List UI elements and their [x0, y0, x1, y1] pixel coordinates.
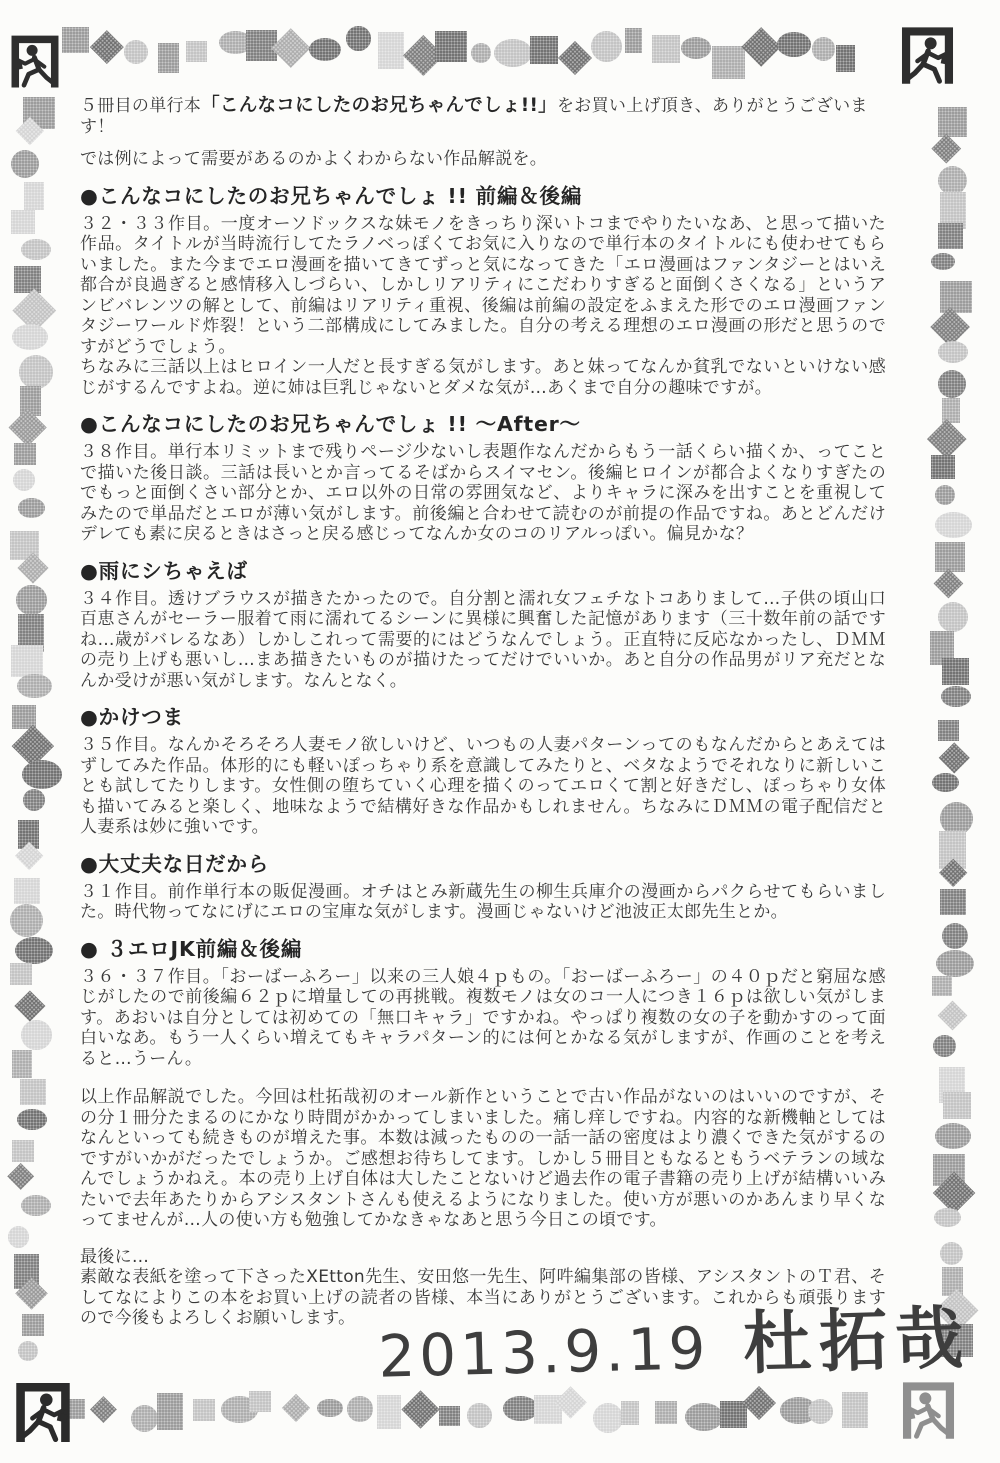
border-shape-circle: [940, 1242, 963, 1265]
exit-running-man-icon: [897, 1378, 960, 1444]
border-shape-square: [935, 542, 965, 572]
border-shape-ellipse: [21, 1195, 51, 1217]
border-shape-square: [435, 31, 466, 62]
border-shape-square: [439, 1406, 460, 1427]
border-shape-circle: [347, 1396, 373, 1422]
section-heading: ●こんなコにしたのお兄ちゃんでしょ !! ～After～: [80, 412, 886, 437]
border-shape-ellipse: [17, 674, 51, 699]
border-shape-ellipse: [21, 239, 51, 261]
border-shape-tall-square: [378, 32, 405, 70]
signature-date: 2013.9.19: [377, 1314, 710, 1391]
section-body: ３８作目。単行本リミットまで残りページ少ないし表題作なんだからもう一話くらい描く…: [80, 442, 886, 545]
border-shape-diamond: [15, 991, 46, 1022]
border-shape-circle: [346, 26, 370, 50]
border-shape-square: [186, 41, 207, 62]
border-shape-circle: [812, 37, 836, 61]
border-shape-ellipse: [18, 498, 45, 518]
border-shape-circle: [591, 31, 622, 62]
border-shape-square: [938, 223, 963, 248]
border-shape-ellipse: [777, 32, 811, 57]
border-shape-tall-square: [158, 43, 180, 73]
border-shape-tall-square: [377, 1395, 401, 1429]
border-shape-diamond: [741, 28, 781, 68]
border-shape-tall-square: [157, 1393, 183, 1430]
border-shape-ellipse: [309, 38, 341, 61]
border-shape-circle: [16, 585, 46, 615]
border-shape-ellipse: [494, 39, 532, 66]
border-shape-square: [655, 1401, 677, 1423]
border-shape-ellipse: [935, 1123, 971, 1149]
border-shape-diamond: [558, 41, 592, 75]
border-shape-square: [938, 720, 959, 741]
afterword-text: ５冊目の単行本「こんなコにしたのお兄ちゃんでしょ!!」をお買い上げ頂き、ありがと…: [80, 96, 886, 1329]
border-shape-ellipse: [932, 773, 959, 792]
border-shape-circle: [938, 370, 966, 398]
section-heading: ●こんなコにしたのお兄ちゃんでしょ !! 前編＆後編: [80, 184, 886, 209]
border-shape-ellipse: [12, 324, 48, 350]
border-shape-square: [10, 963, 32, 985]
border-shape-ellipse: [681, 37, 711, 59]
border-shape-tall-square: [842, 1392, 868, 1429]
border-shape-square: [62, 27, 88, 53]
exit-running-man-icon: [6, 30, 64, 94]
border-shape-square: [22, 1314, 45, 1337]
border-shape-ellipse: [22, 760, 62, 789]
section-heading: ● ３エロJK前編＆後編: [80, 937, 886, 962]
border-shape-diamond: [7, 1163, 34, 1190]
border-shape-tall-square: [625, 28, 643, 53]
border-shape-tall-square: [12, 1050, 31, 1078]
section-body: ３５作目。なんかそろそろ人妻モノ欲しいけど、いつもの人妻パターンってのもなんだか…: [80, 735, 886, 838]
border-shape-square: [652, 35, 680, 63]
afterword-page: { "intro": { "line1_prefix": "５冊目の単行本", …: [0, 0, 1000, 1463]
border-shape-diamond: [931, 133, 960, 162]
intro-line-2: では例によって需要があるのかよくわからない作品解説を。: [80, 149, 886, 170]
border-shape-square: [14, 443, 36, 465]
work-commentary-section: ●大丈夫な日だから ３１作目。前作単行本の販促漫画。オチはとみ新蔵先生の柳生兵庫…: [80, 852, 886, 923]
border-shape-ellipse: [941, 686, 971, 708]
border-shape-circle: [131, 1405, 158, 1432]
signature: 2013.9.19 杜拓哉: [377, 1284, 973, 1396]
border-shape-circle: [933, 1035, 956, 1058]
border-shape-ellipse: [17, 1109, 46, 1130]
border-shape-ellipse: [938, 341, 969, 363]
work-commentary-section: ● ３エロJK前編＆後編 ３６・３７作目。「おーばーふろー」以来の三人娘４ｐもの…: [80, 937, 886, 1070]
border-shape-diamond: [938, 742, 970, 774]
section-body: ３６・３７作目。「おーばーふろー」以来の三人娘４ｐもの。「おーばーふろー」の４０…: [80, 967, 886, 1070]
border-shape-ellipse: [934, 1208, 961, 1227]
border-shape-ellipse: [503, 1396, 537, 1421]
border-shape-circle: [8, 1226, 29, 1247]
section-heading: ●大丈夫な日だから: [80, 852, 886, 877]
border-shape-square: [11, 645, 43, 677]
border-shape-square: [14, 878, 40, 904]
finally-label: 最後に…: [80, 1247, 886, 1268]
border-shape-circle: [18, 1341, 38, 1361]
border-shape-square: [11, 210, 35, 234]
border-shape-square: [940, 281, 972, 313]
border-shape-diamond: [937, 1001, 967, 1031]
border-shape-diamond: [282, 1394, 310, 1422]
border-shape-circle: [593, 1403, 623, 1433]
section-heading: ●雨にシちゃえば: [80, 559, 886, 584]
border-shape-diamond: [8, 409, 47, 448]
work-commentary-section: ●こんなコにしたのお兄ちゃんでしょ !! ～After～ ３８作目。単行本リミッ…: [80, 412, 886, 545]
border-shape-square: [931, 455, 955, 479]
border-shape-ellipse: [685, 1403, 723, 1431]
border-shape-square: [20, 1079, 46, 1105]
exit-running-man-icon: [10, 1380, 76, 1446]
border-shape-circle: [938, 166, 967, 195]
section-heading: ●かけつま: [80, 705, 886, 730]
closing-remarks: 以上作品解説でした。今回は杜拓哉初のオール新作ということで古い作品がないのはいい…: [80, 1087, 886, 1231]
work-commentary-section: ●こんなコにしたのお兄ちゃんでしょ !! 前編＆後編 ３２・３３作目。一度オーソ…: [80, 184, 886, 399]
border-shape-square: [940, 889, 966, 915]
border-shape-circle: [13, 469, 35, 491]
border-shape-circle: [942, 923, 968, 949]
intro-line-1: ５冊目の単行本「こんなコにしたのお兄ちゃんでしょ!!」をお買い上げ頂き、ありがと…: [80, 96, 886, 137]
border-shape-ellipse: [317, 1399, 342, 1417]
border-shape-diamond: [271, 28, 310, 67]
border-shape-square: [193, 1399, 215, 1421]
border-shape-circle: [19, 355, 53, 389]
exit-running-man-icon: [896, 22, 959, 90]
signature-name: 杜拓哉: [742, 1284, 972, 1387]
border-shape-diamond: [90, 30, 123, 63]
border-shape-square: [249, 1391, 271, 1413]
border-shape-square: [943, 1092, 970, 1119]
border-shape-ellipse: [15, 937, 53, 964]
intro-prefix: ５冊目の単行本: [80, 96, 201, 116]
border-shape-circle: [938, 602, 969, 633]
border-shape-ellipse: [935, 512, 971, 538]
border-shape-ellipse: [936, 950, 974, 977]
border-shape-circle: [10, 904, 43, 937]
border-shape-diamond: [90, 1396, 117, 1423]
border-shape-square: [712, 46, 745, 79]
border-shape-square: [14, 266, 41, 293]
section-body: ３４作目。透けブラウスが描きたかったので。自分割と濡れ女フェチなトコありまして……: [80, 589, 886, 692]
border-shape-circle: [11, 150, 39, 178]
border-shape-circle: [467, 1403, 492, 1428]
border-shape-square: [530, 36, 558, 64]
border-shape-square: [938, 107, 968, 137]
border-shape-diamond: [934, 568, 964, 598]
border-shape-tall-square: [836, 45, 855, 71]
section-body: ３１作目。前作単行本の販促漫画。オチはとみ新蔵先生の柳生兵庫介の漫画からパクらせ…: [80, 882, 886, 923]
border-shape-square: [942, 658, 970, 686]
work-commentary-section: ●雨にシちゃえば ３４作目。透けブラウスが描きたかったので。自分割と濡れ女フェチ…: [80, 559, 886, 692]
border-shape-circle: [23, 789, 45, 811]
border-shape-square: [932, 976, 952, 996]
border-shape-tall-square: [24, 182, 44, 211]
border-shape-circle: [124, 40, 148, 64]
border-shape-circle: [21, 1020, 51, 1050]
border-shape-circle: [471, 43, 491, 63]
work-commentary-section: ●かけつま ３５作目。なんかそろそろ人妻モノ欲しいけど、いつもの人妻パターンって…: [80, 705, 886, 838]
section-body: ３２・３３作目。一度オーソドックスな妹モノをきっちり深いトコまでやりたいなあ、と…: [80, 214, 886, 399]
border-shape-tall-square: [621, 1401, 638, 1425]
border-shape-circle: [808, 1399, 833, 1424]
border-shape-diamond: [927, 419, 966, 458]
border-shape-ellipse: [931, 253, 955, 270]
border-shape-circle: [935, 485, 955, 505]
border-shape-square: [12, 1140, 34, 1162]
book-title: 「こんなコにしたのお兄ちゃんでしょ!!」: [201, 95, 557, 116]
